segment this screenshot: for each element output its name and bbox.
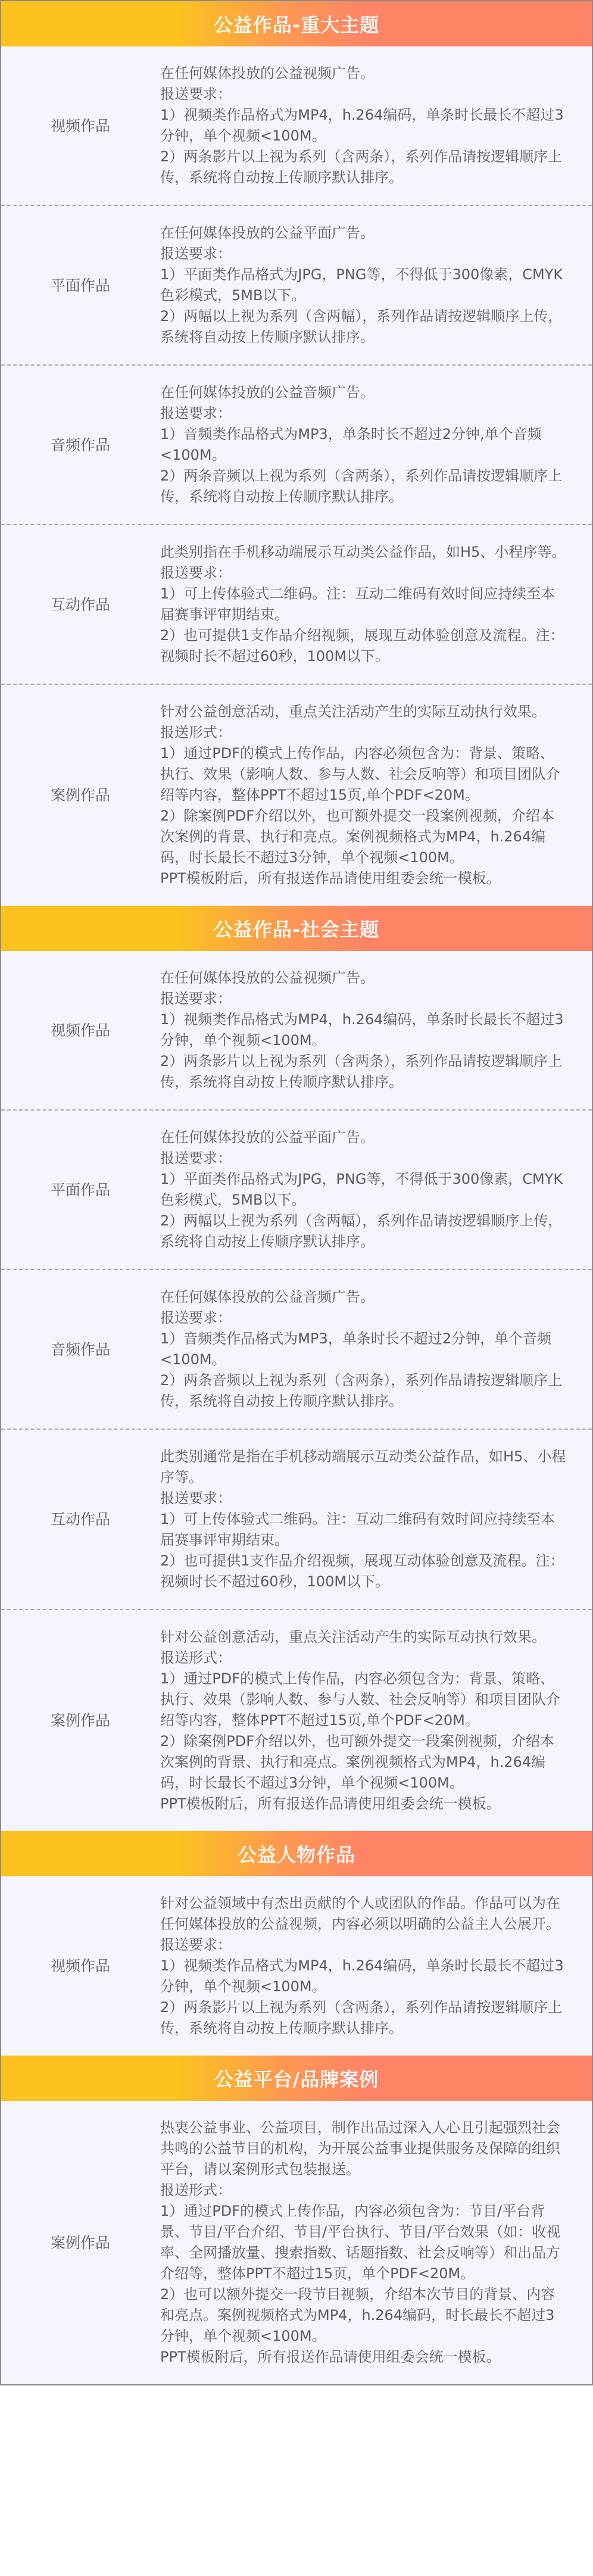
content-line: 1）视频类作品格式为MP4，h.264编码，单条时长最长不超过3分钟，单个视频<…	[160, 105, 568, 146]
content-line: 2）也可以额外提交一段节目视频，介绍本次节目的背景、内容和亮点。案例视频格式为M…	[160, 2284, 568, 2347]
row-case: 案例作品 针对公益创意活动，重点关注活动产生的实际互动执行效果。 报送形式： 1…	[1, 1610, 592, 1831]
content-line: 报送要求：	[160, 403, 568, 424]
content-line: 在任何媒体投放的公益平面广告。	[160, 223, 568, 244]
content-line: 报送要求：	[160, 84, 568, 105]
content-line: 2）两幅以上视为系列（含两幅），系列作品请按逻辑顺序上传，系统将自动按上传顺序默…	[160, 306, 568, 348]
row-label: 音频作品	[1, 435, 160, 456]
content-line: 1）音频类作品格式为MP3，单条时长不超过2分钟，单个音频<100M。	[160, 1328, 568, 1370]
row-label: 案例作品	[1, 785, 160, 806]
content-line: 此类别通常是指在手机移动端展示互动类公益作品，如H5、小程序等。	[160, 1446, 568, 1488]
row-video: 视频作品 在任何媒体投放的公益视频广告。 报送要求： 1）视频类作品格式为MP4…	[1, 951, 592, 1111]
content-line: 针对公益领域中有杰出贡献的个人或团队的作品。作品可以为在任何媒体投放的公益视频，…	[160, 1893, 568, 1935]
row-case: 案例作品 热衷公益事业、公益项目，制作出品过深入人心且引起强烈社会共鸣的公益节目…	[1, 2101, 592, 2384]
content-line: 1）平面类作品格式为JPG，PNG等，不得低于300像素，CMYK色彩模式，5M…	[160, 264, 568, 306]
section-title: 公益人物作品	[238, 1840, 355, 1867]
row-content: 此类别通常是指在手机移动端展示互动类公益作品，如H5、小程序等。 报送要求： 1…	[160, 1446, 592, 1592]
section-title: 公益平台/品牌案例	[214, 2064, 379, 2092]
content-line: 针对公益创意活动，重点关注活动产生的实际互动执行效果。	[160, 701, 568, 722]
content-line: 在任何媒体投放的公益平面广告。	[160, 1127, 568, 1148]
content-line: 报送要求：	[160, 1935, 568, 1956]
section-platform-brand: 公益平台/品牌案例 案例作品 热衷公益事业、公益项目，制作出品过深入人心且引起强…	[1, 2056, 592, 2384]
content-line: 2）两条影片以上视为系列（含两条），系列作品请按逻辑顺序上传，系统将自动按上传顺…	[160, 1051, 568, 1093]
section-header: 公益人物作品	[1, 1831, 592, 1876]
content-line: 在任何媒体投放的公益视频广告。	[160, 968, 568, 988]
row-content: 在任何媒体投放的公益视频广告。 报送要求： 1）视频类作品格式为MP4，h.26…	[160, 968, 592, 1093]
content-line: 热衷公益事业、公益项目，制作出品过深入人心且引起强烈社会共鸣的公益节目的机构，为…	[160, 2117, 568, 2180]
row-print: 平面作品 在任何媒体投放的公益平面广告。 报送要求： 1）平面类作品格式为JPG…	[1, 1111, 592, 1270]
content-line: 报送要求：	[160, 244, 568, 264]
row-content: 在任何媒体投放的公益音频广告。 报送要求： 1）音频类作品格式为MP3，单条时长…	[160, 1287, 592, 1412]
row-label: 互动作品	[1, 1509, 160, 1530]
row-content: 在任何媒体投放的公益视频广告。 报送要求： 1）视频类作品格式为MP4，h.26…	[160, 63, 592, 188]
content-line: 2）两条音频以上视为系列（含两条），系列作品请按逻辑顺序上传，系统将自动按上传顺…	[160, 466, 568, 507]
section-major-theme: 公益作品-重大主题 视频作品 在任何媒体投放的公益视频广告。 报送要求： 1）视…	[1, 1, 592, 906]
content-line: 1）可上传体验式二维码。注：互动二维码有效时间应持续至本届赛事评审期结束。	[160, 1509, 568, 1551]
content-line: 报送形式：	[160, 1648, 568, 1669]
row-content: 针对公益创意活动，重点关注活动产生的实际互动执行效果。 报送形式： 1）通过PD…	[160, 1627, 592, 1814]
row-print: 平面作品 在任何媒体投放的公益平面广告。 报送要求： 1）平面类作品格式为JPG…	[1, 206, 592, 366]
row-content: 在任何媒体投放的公益平面广告。 报送要求： 1）平面类作品格式为JPG，PNG等…	[160, 223, 592, 348]
row-interactive: 互动作品 此类别指在手机移动端展示互动类公益作品，如H5、小程序等。 报送要求：…	[1, 525, 592, 685]
content-line: 2）除案例PDF介绍以外，也可额外提交一段案例视频，介绍本次案例的背景、执行和亮…	[160, 1731, 568, 1794]
row-label: 音频作品	[1, 1339, 160, 1360]
content-line: 1）通过PDF的模式上传作品，内容必须包含为：背景、策略、执行、效果（影响人数、…	[160, 743, 568, 806]
content-line: 2）也可提供1支作品介绍视频，展现互动体验创意及流程。注：视频时长不超过60秒，…	[160, 625, 568, 667]
row-case: 案例作品 针对公益创意活动，重点关注活动产生的实际互动执行效果。 报送形式： 1…	[1, 685, 592, 906]
content-line: 报送形式：	[160, 2180, 568, 2201]
content-line: 报送要求：	[160, 1308, 568, 1328]
section-title: 公益作品-重大主题	[214, 10, 379, 38]
row-label: 视频作品	[1, 1020, 160, 1041]
row-label: 互动作品	[1, 594, 160, 615]
content-line: 2）两条影片以上视为系列（含两条），系列作品请按逻辑顺序上传，系统将自动按上传顺…	[160, 1997, 568, 2039]
content-line: 1）通过PDF的模式上传作品，内容必须包含为：背景、策略、执行、效果（影响人数、…	[160, 1669, 568, 1731]
content-line: 2）也可提供1支作品介绍视频，展现互动体验创意及流程。注：视频时长不超过60秒，…	[160, 1551, 568, 1592]
requirements-table: 公益作品-重大主题 视频作品 在任何媒体投放的公益视频广告。 报送要求： 1）视…	[0, 0, 593, 2385]
content-line: 在任何媒体投放的公益音频广告。	[160, 1287, 568, 1308]
content-line: 1）平面类作品格式为JPG，PNG等，不得低于300像素，CMYK色彩模式，5M…	[160, 1169, 568, 1211]
row-label: 视频作品	[1, 116, 160, 136]
row-label: 平面作品	[1, 275, 160, 296]
section-header: 公益作品-社会主题	[1, 906, 592, 951]
content-line: 报送要求：	[160, 1488, 568, 1509]
content-line: 1）可上传体验式二维码。注：互动二维码有效时间应持续至本届赛事评审期结束。	[160, 584, 568, 625]
content-line: 报送要求：	[160, 988, 568, 1009]
content-line: 1）视频类作品格式为MP4，h.264编码，单条时长最长不超过3分钟，单个视频<…	[160, 1956, 568, 1997]
content-line: 针对公益创意活动，重点关注活动产生的实际互动执行效果。	[160, 1627, 568, 1648]
content-line: 2）除案例PDF介绍以外，也可额外提交一段案例视频，介绍本次案例的背景、执行和亮…	[160, 806, 568, 868]
row-video: 视频作品 针对公益领域中有杰出贡献的个人或团队的作品。作品可以为在任何媒体投放的…	[1, 1876, 592, 2056]
content-line: 报送要求：	[160, 563, 568, 584]
content-line: PPT模板附后，所有报送作品请使用组委会统一模板。	[160, 868, 568, 889]
section-social-theme: 公益作品-社会主题 视频作品 在任何媒体投放的公益视频广告。 报送要求： 1）视…	[1, 906, 592, 1831]
row-audio: 音频作品 在任何媒体投放的公益音频广告。 报送要求： 1）音频类作品格式为MP3…	[1, 366, 592, 525]
content-line: 1）通过PDF的模式上传作品，内容必须包含为：节目/平台背景、节目/平台介绍、节…	[160, 2201, 568, 2284]
section-title: 公益作品-社会主题	[214, 915, 379, 942]
content-line: 2）两条影片以上视为系列（含两条），系列作品请按逻辑顺序上传，系统将自动按上传顺…	[160, 146, 568, 188]
content-line: 2）两条音频以上视为系列（含两条），系列作品请按逻辑顺序上传，系统将自动按上传顺…	[160, 1370, 568, 1412]
content-line: 1）音频类作品格式为MP3，单条时长不超过2分钟,单个音频<100M。	[160, 424, 568, 466]
section-header: 公益平台/品牌案例	[1, 2056, 592, 2101]
content-line: 报送要求：	[160, 1148, 568, 1169]
content-line: 1）视频类作品格式为MP4，h.264编码，单条时长最长不超过3分钟，单个视频<…	[160, 1009, 568, 1051]
row-content: 此类别指在手机移动端展示互动类公益作品，如H5、小程序等。 报送要求： 1）可上…	[160, 542, 592, 667]
row-interactive: 互动作品 此类别通常是指在手机移动端展示互动类公益作品，如H5、小程序等。 报送…	[1, 1430, 592, 1610]
row-content: 在任何媒体投放的公益平面广告。 报送要求： 1）平面类作品格式为JPG，PNG等…	[160, 1127, 592, 1252]
row-content: 热衷公益事业、公益项目，制作出品过深入人心且引起强烈社会共鸣的公益节目的机构，为…	[160, 2117, 592, 2368]
content-line: 在任何媒体投放的公益视频广告。	[160, 63, 568, 84]
row-label: 平面作品	[1, 1180, 160, 1200]
row-label: 视频作品	[1, 1956, 160, 1976]
row-content: 在任何媒体投放的公益音频广告。 报送要求： 1）音频类作品格式为MP3，单条时长…	[160, 382, 592, 507]
section-public-figure: 公益人物作品 视频作品 针对公益领域中有杰出贡献的个人或团队的作品。作品可以为在…	[1, 1831, 592, 2056]
row-content: 针对公益领域中有杰出贡献的个人或团队的作品。作品可以为在任何媒体投放的公益视频，…	[160, 1893, 592, 2039]
content-line: 在任何媒体投放的公益音频广告。	[160, 382, 568, 403]
page-bottom-spacer	[0, 2385, 593, 2408]
content-line: 报送形式：	[160, 722, 568, 743]
row-video: 视频作品 在任何媒体投放的公益视频广告。 报送要求： 1）视频类作品格式为MP4…	[1, 46, 592, 206]
row-audio: 音频作品 在任何媒体投放的公益音频广告。 报送要求： 1）音频类作品格式为MP3…	[1, 1270, 592, 1430]
content-line: PPT模板附后，所有报送作品请使用组委会统一模板。	[160, 2347, 568, 2368]
content-line: 2）两幅以上视为系列（含两幅），系列作品请按逻辑顺序上传，系统将自动按上传顺序默…	[160, 1211, 568, 1252]
row-label: 案例作品	[1, 1710, 160, 1731]
content-line: PPT模板附后，所有报送作品请使用组委会统一模板。	[160, 1794, 568, 1814]
content-line: 此类别指在手机移动端展示互动类公益作品，如H5、小程序等。	[160, 542, 568, 563]
section-header: 公益作品-重大主题	[1, 1, 592, 46]
row-label: 案例作品	[1, 2232, 160, 2253]
row-content: 针对公益创意活动，重点关注活动产生的实际互动执行效果。 报送形式： 1）通过PD…	[160, 701, 592, 889]
